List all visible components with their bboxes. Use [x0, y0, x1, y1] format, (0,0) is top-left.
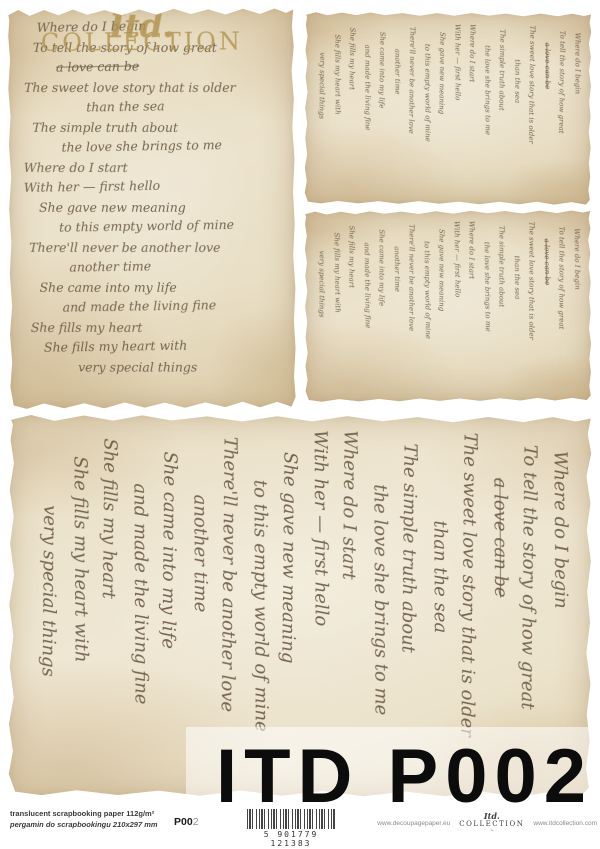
- lyric-line: The sweet love story that is older: [523, 221, 538, 390]
- lyric-line: another time: [69, 254, 288, 277]
- lyric-line: The simple truth about: [493, 226, 508, 391]
- lyric-line: a love can be: [539, 42, 555, 194]
- lyric-line: With her — first hello: [24, 174, 288, 198]
- lyric-line: The sweet love story that is older: [522, 25, 539, 194]
- website-itdcollection: www.itdcollection.com: [533, 820, 597, 827]
- lyric-line: and made the living fine: [124, 483, 156, 781]
- handwritten-lyrics-top-right-upper: Where do I beginTo tell the story of how…: [314, 23, 585, 194]
- logo-caps-text: COLLECTION: [459, 821, 524, 828]
- logo-script-text: Itd.: [484, 812, 500, 820]
- lyric-line: than the sea: [509, 59, 524, 194]
- lyric-line: There'll never be another love: [403, 224, 418, 391]
- lyric-line: Where do I begin: [569, 228, 586, 391]
- lyric-line: She fills my heart with: [329, 33, 345, 193]
- product-image: Itd. COLLECTION Where do I beginTo tell …: [0, 0, 600, 849]
- website-decoupagepaper: www.decoupagepaper.eu: [377, 820, 450, 827]
- lyric-line: and made the living fine: [62, 294, 289, 318]
- footer-bar: translucent scrapbooking paper 112g/m² p…: [0, 797, 600, 849]
- lyric-line: the love she brings to me: [479, 242, 496, 391]
- lyric-line: and made the living fine: [359, 242, 376, 391]
- paper-description: translucent scrapbooking paper 112g/m² p…: [10, 808, 158, 830]
- rotated-text-block: Where do I beginTo tell the story of how…: [312, 23, 585, 194]
- code-small-bold: P00: [174, 816, 193, 828]
- lyric-line: the love she brings to me: [479, 45, 495, 194]
- lyric-line: to this empty world of mine: [419, 43, 435, 193]
- lyric-line: very special things: [78, 358, 290, 378]
- lyric-line: very special things: [313, 251, 328, 392]
- lyric-line: With her — first hello: [449, 221, 466, 391]
- lyric-line: than the sea: [509, 256, 526, 391]
- lyric-line: She came into my life: [372, 31, 389, 193]
- handwritten-lyrics-top-left: Where do I beginTo tell the story of how…: [23, 16, 290, 378]
- lyric-line: She came into my life: [151, 451, 184, 782]
- lyric-line: She fills my heart: [342, 26, 359, 193]
- paper-sheet-top-right-lower: Where do I beginTo tell the story of how…: [303, 209, 592, 403]
- lyric-line: She fills my heart with: [44, 334, 290, 358]
- lyric-line: another time: [389, 246, 406, 391]
- lyric-line: She came into my life: [373, 230, 388, 392]
- lyric-line: Where do I begin: [36, 14, 287, 38]
- lyric-line: The simple truth about: [492, 29, 509, 194]
- lyric-line: the love she brings to me: [61, 134, 288, 158]
- footer-links: www.decoupagepaper.eu Itd. COLLECTION ~ …: [377, 812, 597, 834]
- lyric-line: To tell the story of how great: [552, 30, 569, 195]
- lyric-line: to this empty world of mine: [59, 214, 288, 238]
- barcode-number: 5 901779 121383: [246, 830, 336, 848]
- lyric-line: a love can be: [539, 239, 556, 391]
- lyric-line: She gave new meaning: [433, 229, 448, 391]
- lyric-line: There'll never be another love: [402, 26, 419, 193]
- lyric-line: She fills my heart: [91, 438, 125, 781]
- itd-collection-logo: Itd. COLLECTION ~: [459, 812, 524, 834]
- lyric-line: Where do I begin: [569, 32, 585, 194]
- logo-flourish-icon: ~: [490, 828, 494, 834]
- paper-description-pl: pergamin do scrapbookingu 210x297 mm: [10, 819, 158, 830]
- lyric-line: very special things: [313, 52, 330, 193]
- barcode: 5 901779 121383: [246, 809, 336, 848]
- lyric-line: She fills my heart with: [65, 456, 97, 781]
- lyric-line: She gave new meaning: [432, 32, 449, 194]
- lyric-line: With her — first hello: [449, 24, 465, 194]
- code-small-light: 2: [193, 816, 199, 828]
- lyric-line: very special things: [31, 505, 64, 782]
- lyric-line: to this empty world of mine: [419, 241, 436, 392]
- lyric-line: She fills my heart with: [329, 232, 346, 392]
- lyric-line: and made the living fine: [359, 44, 375, 193]
- lyric-line: She fills my heart: [343, 225, 358, 392]
- lyric-line: another time: [389, 48, 405, 193]
- lyric-line: To tell the story of how great: [553, 226, 568, 390]
- lyric-line: than the sea: [86, 94, 288, 117]
- handwritten-lyrics-top-right-lower: Where do I beginTo tell the story of how…: [314, 220, 585, 391]
- product-code-small: P002: [174, 816, 199, 828]
- paper-description-en: translucent scrapbooking paper 112g/m²: [10, 808, 158, 819]
- paper-sheet-top-left: Itd. COLLECTION Where do I beginTo tell …: [7, 6, 298, 411]
- rotated-text-block: Where do I beginTo tell the story of how…: [312, 220, 585, 391]
- paper-sheet-top-right-upper: Where do I beginTo tell the story of how…: [303, 11, 592, 206]
- barcode-bars-icon: [247, 809, 335, 829]
- lyric-line: a love can be: [55, 54, 287, 78]
